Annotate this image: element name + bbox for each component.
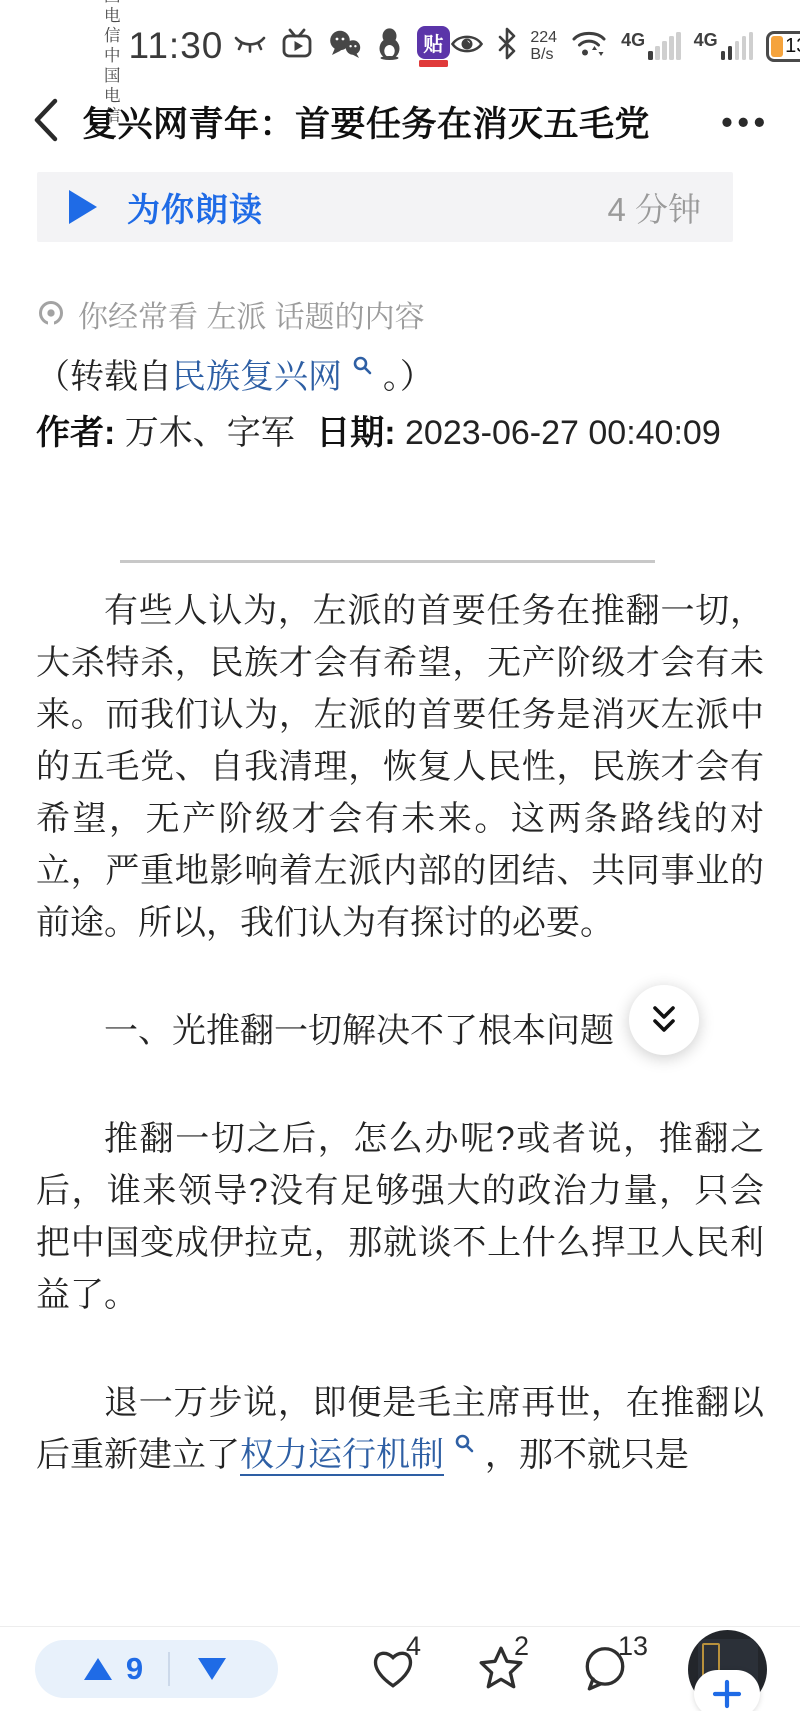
topic-target-icon: [36, 299, 66, 329]
scroll-to-bottom-button[interactable]: [629, 985, 699, 1055]
play-icon[interactable]: [69, 190, 97, 224]
eye-protection-icon: [450, 31, 484, 62]
follow-plus-button[interactable]: [694, 1670, 760, 1711]
nav-bar: 复兴网青年：首要任务在消灭五毛党 •••: [0, 86, 800, 158]
bottom-action-bar: 9 4 2 13: [0, 1626, 800, 1711]
notification-icons: 贴: [233, 26, 450, 67]
battery-fill: [771, 36, 783, 57]
battery-indicator: 13: [766, 31, 800, 62]
date-label: 日期:: [316, 414, 395, 452]
source-suffix: 。）: [383, 358, 434, 396]
sim2-signal-bars: [721, 32, 754, 60]
source-prefix: （转载自: [36, 358, 172, 396]
article-body: 有些人认为，左派的首要任务在推翻一切，大杀特杀，民族才会有希望，无产阶级才会有未…: [36, 585, 764, 1537]
tieba-banner: [419, 60, 448, 67]
favorite-count: 2: [514, 1631, 529, 1662]
upvote-count: 9: [126, 1651, 143, 1687]
publish-date: 2023-06-27 00:40:09: [405, 414, 721, 452]
bluetooth-icon: [497, 27, 517, 65]
sim1-signal-bars: [648, 32, 681, 60]
author-line: 作者: 万木、字军 日期: 2023-06-27 00:40:09: [36, 408, 764, 458]
like-button[interactable]: 4: [368, 1643, 420, 1695]
status-bar: 中国电信 中国电信 11:30: [0, 0, 800, 86]
network-speed: 224 B/s: [530, 29, 557, 64]
vote-pill: 9: [35, 1640, 278, 1698]
paragraph-3-link[interactable]: 权力运行机制: [240, 1436, 444, 1476]
paragraph-3-tail: ，那不就只是: [485, 1436, 689, 1474]
network-speed-unit: B/s: [530, 46, 557, 64]
back-icon[interactable]: [30, 96, 62, 149]
search-link-icon[interactable]: [343, 346, 383, 384]
eye-comfort-closed-icon: [233, 33, 267, 60]
wechat-app-icon: [327, 29, 363, 64]
sim1-network-type: 4G: [621, 30, 645, 51]
topic-hint-text: 你经常看 左派 话题的内容: [78, 292, 425, 336]
tieba-glyph: 贴: [417, 26, 450, 59]
topic-hint: 你经常看 左派 话题的内容: [36, 292, 425, 336]
sim2-signal: 4G: [694, 32, 754, 60]
paragraph-1: 有些人认为，左派的首要任务在推翻一切，大杀特杀，民族才会有希望，无产阶级才会有未…: [36, 585, 764, 949]
paragraph-3: 退一万步说，即便是毛主席再世，在推翻以后重新建立了权力运行机制 ，那不就只是: [36, 1377, 764, 1481]
upvote-triangle-icon: [84, 1658, 112, 1680]
search-link-icon[interactable]: [445, 1424, 485, 1462]
plus-icon: [710, 1677, 744, 1711]
wifi-icon: [570, 28, 608, 65]
read-aloud-bar[interactable]: 为你朗读 4 分钟: [37, 172, 733, 242]
tieba-app-icon: 贴: [416, 26, 450, 67]
sim1-signal: 4G: [621, 32, 681, 60]
carrier-sim1: 中国电信: [104, 0, 121, 46]
source-line: （转载自民族复兴网 。）: [36, 352, 764, 402]
comment-count: 13: [618, 1631, 648, 1662]
like-count: 4: [406, 1631, 421, 1662]
status-time: 11:30: [129, 25, 224, 67]
downvote-button[interactable]: [170, 1658, 254, 1680]
page-title: 复兴网青年：首要任务在消灭五毛党: [82, 97, 650, 147]
paragraph-2: 推翻一切之后，怎么办呢?或者说，推翻之后，谁来领导?没有足够强大的政治力量，只会…: [36, 1113, 764, 1321]
read-aloud-duration: 4 分钟: [607, 184, 701, 231]
screen: 中国电信 中国电信 11:30: [0, 0, 800, 1711]
battery-percent: 13: [785, 35, 800, 58]
network-speed-value: 224: [530, 29, 557, 47]
comment-button[interactable]: 13: [580, 1643, 632, 1695]
system-status-icons: 224 B/s 4G: [450, 27, 800, 65]
more-menu-button[interactable]: •••: [721, 104, 770, 141]
read-aloud-label[interactable]: 为你朗读: [127, 184, 263, 231]
downvote-triangle-icon: [198, 1658, 226, 1680]
upvote-button[interactable]: 9: [59, 1651, 168, 1687]
tv-app-icon: [280, 28, 314, 64]
author-label: 作者:: [36, 414, 115, 452]
source-link[interactable]: 民族复兴网: [172, 358, 342, 396]
double-chevron-down-icon: [644, 1000, 684, 1040]
author-names: 万木、字军: [125, 414, 295, 452]
sim2-network-type: 4G: [694, 30, 718, 51]
section-divider: [120, 560, 655, 563]
qq-app-icon: [376, 27, 403, 65]
favorite-button[interactable]: 2: [476, 1643, 528, 1695]
